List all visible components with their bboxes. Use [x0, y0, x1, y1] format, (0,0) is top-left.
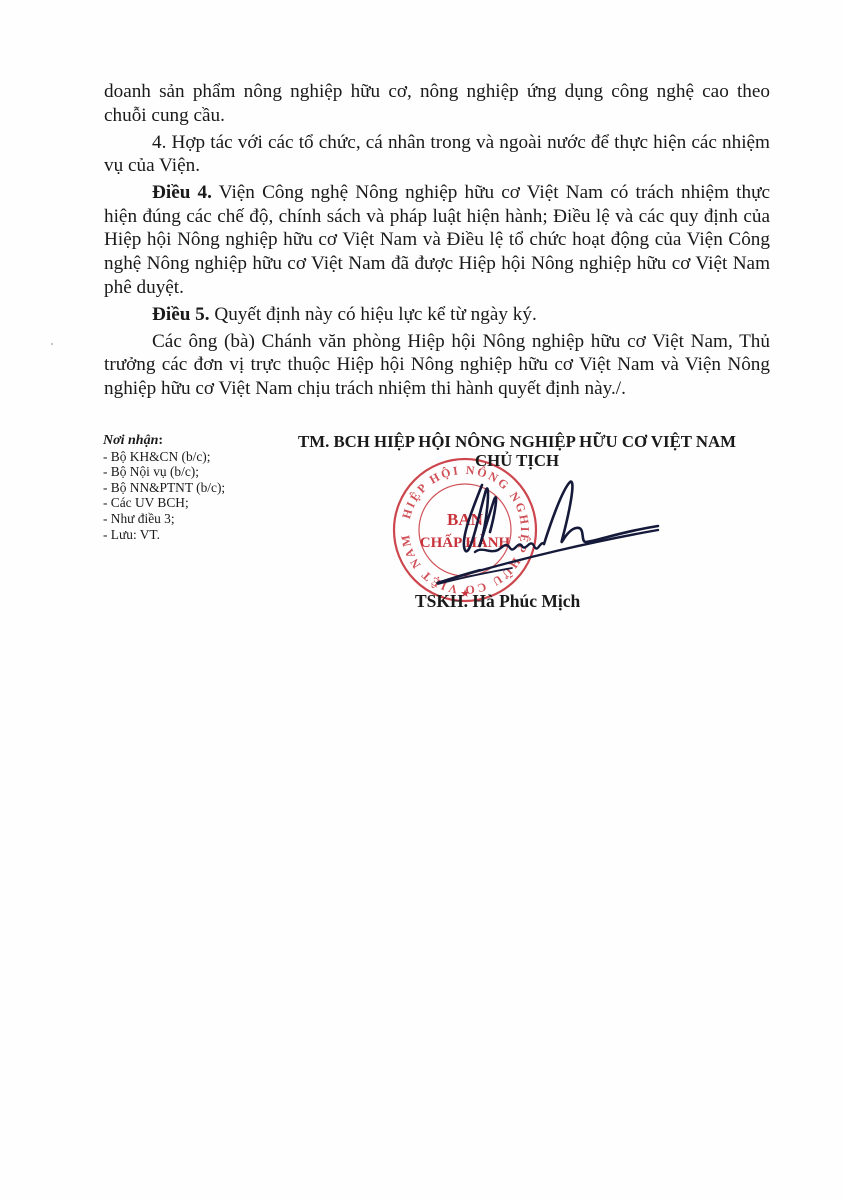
- handwritten-signature-icon: [420, 470, 660, 600]
- recipient-item: - Bộ Nội vụ (b/c);: [103, 464, 225, 480]
- article-heading: Điều 4.: [152, 182, 212, 203]
- recipient-item: - Các UV BCH;: [103, 495, 225, 511]
- paragraph-article-4: Điều 4. Viện Công nghệ Nông nghiệp hữu c…: [104, 181, 770, 299]
- recipients-block: Nơi nhận: - Bộ KH&CN (b/c); - Bộ Nội vụ …: [103, 432, 225, 542]
- signer-role: CHỦ TỊCH: [262, 451, 772, 470]
- recipients-title: Nơi nhận: [103, 433, 158, 448]
- stamp-center-line-1: BAN: [447, 510, 484, 529]
- stamp-ring-text: HIỆP HỘI NÔNG NGHIỆP HỮU CƠ VIỆT NAM: [398, 463, 532, 597]
- svg-text:HIỆP HỘI NÔNG NGHIỆP HỮU CƠ VI: HIỆP HỘI NÔNG NGHIỆP HỮU CƠ VIỆT NAM: [398, 463, 532, 597]
- official-stamp-icon: HIỆP HỘI NÔNG NGHIỆP HỮU CƠ VIỆT NAM BAN…: [390, 455, 540, 605]
- document-page: doanh sản phẩm nông nghiệp hữu cơ, nông …: [0, 0, 843, 1200]
- paragraph-continuation: doanh sản phẩm nông nghiệp hữu cơ, nông …: [104, 80, 770, 127]
- paragraph-text: 4. Hợp tác với các tổ chức, cá nhân tron…: [104, 132, 770, 177]
- paragraph-execution: Các ông (bà) Chánh văn phòng Hiệp hội Nô…: [104, 330, 770, 401]
- signer-name: TSKH. Hà Phúc Mịch: [415, 591, 580, 612]
- signature-on-behalf: TM. BCH HIỆP HỘI NÔNG NGHIỆP HỮU CƠ VIỆT…: [262, 432, 772, 451]
- recipients-heading: Nơi nhận:: [103, 432, 225, 449]
- scan-speck: [51, 343, 53, 345]
- document-body: doanh sản phẩm nông nghiệp hữu cơ, nông …: [104, 80, 770, 404]
- recipient-item: - Như điều 3;: [103, 511, 225, 527]
- paragraph-text: Các ông (bà) Chánh văn phòng Hiệp hội Nô…: [104, 331, 770, 399]
- signature-block: TM. BCH HIỆP HỘI NÔNG NGHIỆP HỮU CƠ VIỆT…: [262, 432, 772, 470]
- paragraph-text: Quyết định này có hiệu lực kể từ ngày ký…: [210, 304, 537, 325]
- paragraph-text: doanh sản phẩm nông nghiệp hữu cơ, nông …: [104, 81, 770, 126]
- recipient-item: - Bộ KH&CN (b/c);: [103, 449, 225, 465]
- recipients-list: - Bộ KH&CN (b/c); - Bộ Nội vụ (b/c); - B…: [103, 449, 225, 543]
- recipients-title-colon: :: [158, 433, 163, 448]
- paragraph-article-5: Điều 5. Quyết định này có hiệu lực kể từ…: [104, 303, 770, 327]
- recipient-item: - Lưu: VT.: [103, 527, 225, 543]
- stamp-center-line-2: CHẤP HÀNH: [420, 534, 511, 551]
- recipient-item: - Bộ NN&PTNT (b/c);: [103, 480, 225, 496]
- paragraph-item-4: 4. Hợp tác với các tổ chức, cá nhân tron…: [104, 131, 770, 178]
- article-heading: Điều 5.: [152, 304, 210, 325]
